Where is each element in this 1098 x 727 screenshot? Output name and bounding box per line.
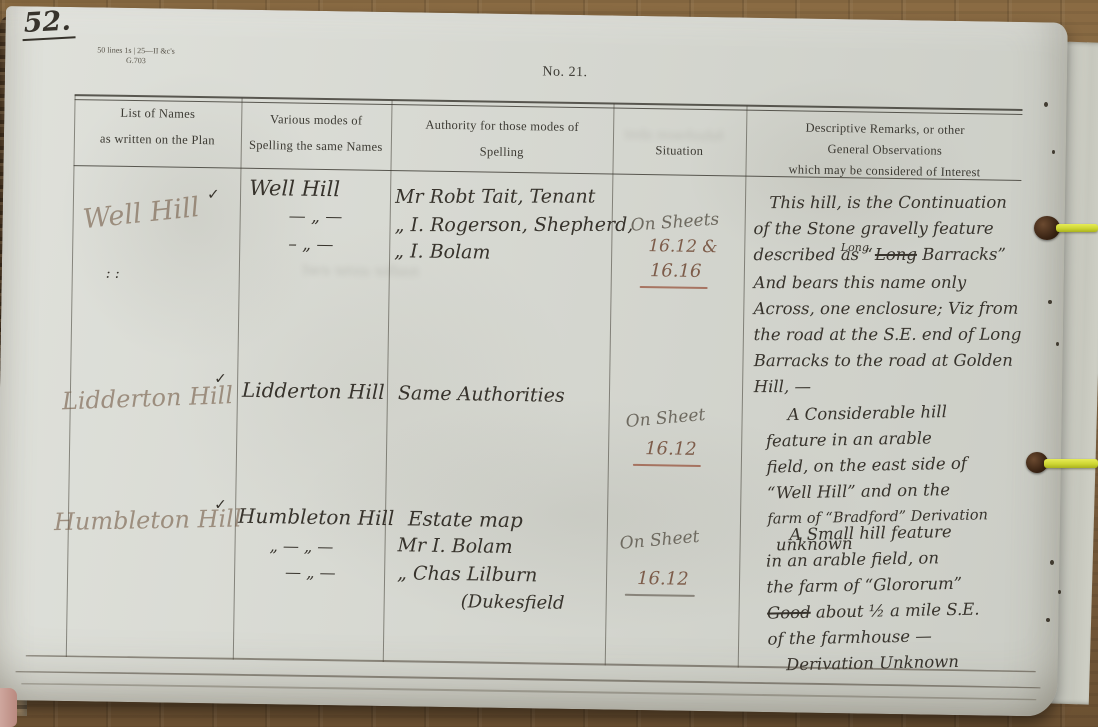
spelling-ditto: „ — „ — — [269, 536, 333, 556]
remark-line: Hill, — — [754, 374, 1030, 400]
yellow-cord — [1044, 459, 1098, 468]
remark-line: Across, one enclosure; Viz from — [754, 296, 1030, 322]
spelling-ditto: – „ — — [288, 234, 333, 255]
worm-hole — [1056, 342, 1059, 346]
worm-hole — [1050, 560, 1054, 565]
ink-bleedthrough: nsdke asne ewt — [302, 261, 420, 281]
remarks-block: This hill, is the Continuation of the St… — [753, 190, 1029, 400]
situation-sheet-number: 16.12 & — [648, 236, 718, 257]
header-remarks: Descriptive Remarks, or other General Ob… — [747, 117, 1022, 184]
situation-sheet-label: On Sheets — [630, 209, 720, 235]
yellow-cord — [1056, 224, 1098, 232]
pink-ribbon — [0, 688, 17, 727]
col-divider-4 — [738, 106, 748, 668]
header-names: List of Names as written on the Plan — [76, 105, 240, 149]
ledger-page: 52. 50 lines 1s | 25—II &c's G.703 No. 2… — [0, 6, 1068, 717]
spelling-entry: Well Hill — [249, 176, 340, 201]
spelling-entry: Lidderton Hill — [242, 378, 385, 404]
checkmark: ✓ — [214, 369, 227, 387]
printer-reference-line2: G.703 — [97, 55, 175, 66]
remark-segment: Barracks” — [917, 245, 1006, 264]
spelling-ditto: — „ — — [285, 562, 336, 582]
worm-hole — [1052, 150, 1055, 154]
red-underline — [640, 286, 708, 289]
authority-entry: „ Chas Lilburn — [397, 562, 538, 586]
authority-entry: „ I. Rogerson, Shepherd, — [395, 214, 634, 236]
remark-line: Derivation Unknown — [768, 648, 1030, 679]
situation-sheet-number: 16.12 — [645, 438, 697, 460]
photographed-ledger-scene: 52. 50 lines 1s | 25—II &c's G.703 No. 2… — [0, 0, 1098, 727]
worm-hole — [1046, 618, 1050, 622]
struck-word: Good — [767, 603, 811, 623]
header-situation: Situation — [615, 143, 744, 160]
remarks-block: A Small hill feature in an arable field,… — [765, 518, 1030, 679]
remark-line: This hill, is the Continuation — [753, 190, 1029, 216]
authority-entry: (Dukesfield — [461, 591, 565, 614]
header-remarks-line3: which may be considered of Interest — [747, 159, 1021, 184]
situation-sheet-number: 16.16 — [650, 260, 702, 282]
situation-sheet-label: On Sheet — [625, 405, 706, 432]
table-left-rule — [66, 95, 76, 657]
header-names-line1: List of Names — [76, 105, 239, 123]
printer-reference: 50 lines 1s | 25—II &c's G.703 — [97, 45, 175, 66]
spelling-entry: Humbleton Hill — [238, 504, 395, 530]
authority-entry: Same Authorities — [398, 382, 565, 407]
checkmark: ✓ — [214, 495, 227, 513]
remark-line: the road at the S.E. end of Long — [754, 322, 1030, 348]
remark-line: Barracks to the road at Golden — [754, 348, 1030, 374]
header-names-line2: as written on the Plan — [76, 131, 239, 149]
worm-hole — [1044, 102, 1048, 107]
ink-bleedthrough: hdashwon sbnt — [624, 128, 724, 145]
authority-entry: Mr Robt Tait, Tenant — [395, 186, 595, 208]
header-authority-line1: Authority for those modes of — [393, 117, 611, 135]
header-authority: Authority for those modes of Spelling — [393, 117, 612, 161]
red-underline — [625, 594, 695, 597]
header-spelling: Various modes of Spelling the same Names — [243, 112, 390, 155]
printer-reference-line1: 50 lines 1s | 25—II &c's — [97, 45, 175, 56]
authority-entry: Estate map — [408, 506, 523, 532]
spelling-ditto: — „ — — [289, 206, 343, 227]
header-authority-line2: Spelling — [393, 143, 611, 161]
worm-hole — [1048, 300, 1052, 304]
plan-name: Lidderton Hill — [61, 381, 233, 415]
plan-name: Well Hill — [81, 192, 200, 235]
sheet-title: No. 21. — [475, 63, 655, 82]
authority-entry: Mr I. Bolam — [397, 534, 512, 558]
red-underline — [633, 464, 701, 467]
col-divider-3 — [605, 104, 615, 666]
remark-line: And bears this name only — [754, 270, 1030, 296]
situation-sheet-number: 16.12 — [637, 568, 689, 590]
worm-hole — [1058, 590, 1061, 594]
authority-entry: „ I. Bolam — [394, 240, 491, 264]
rewritten-word: Long — [841, 241, 869, 254]
header-spelling-line1: Various modes of — [243, 112, 389, 129]
remark-line: described as “LongLong Barracks” — [753, 242, 1029, 270]
remark-line: of the Stone gravelly feature — [753, 216, 1029, 242]
situation-sheet-label: On Sheet — [619, 527, 700, 554]
checkmark: ✓ — [207, 185, 220, 203]
remark-segment: about ½ a mile S.E. — [811, 600, 980, 622]
folio-number: 52. — [21, 5, 76, 41]
plan-name-ditto: : : — [106, 266, 120, 282]
header-spelling-line2: Spelling the same Names — [243, 138, 389, 155]
struck-word: Long — [875, 245, 917, 264]
